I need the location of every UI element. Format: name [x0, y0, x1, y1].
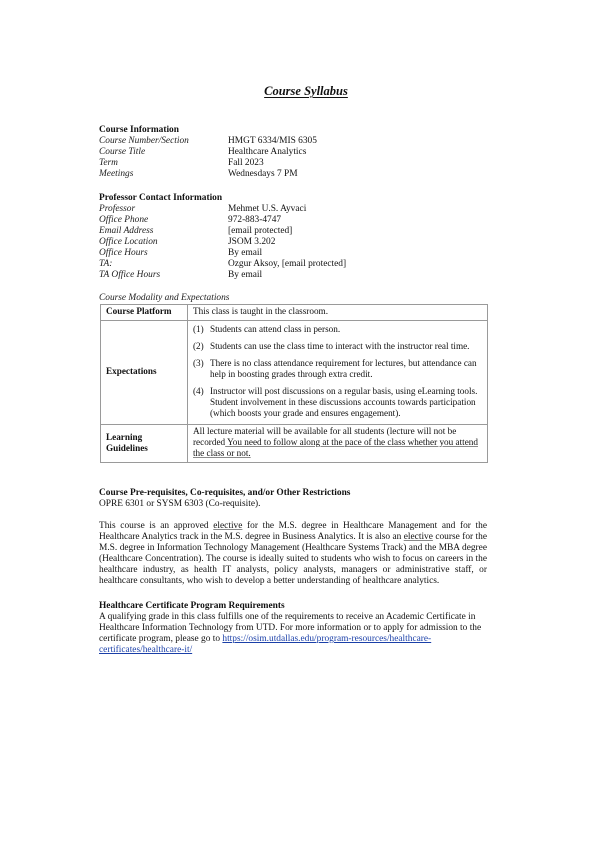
- course-information-section: Course Information Course Number/Section…: [99, 125, 499, 180]
- item-text: Instructor will post discussions on a re…: [210, 386, 482, 419]
- expectations-cell: (1) Students can attend class in person.…: [188, 321, 488, 425]
- field-label: TA Office Hours: [99, 270, 228, 281]
- prerequisites-section: Course Pre-requisites, Co-requisites, an…: [99, 488, 499, 510]
- elective-term: elective: [213, 521, 242, 531]
- field-label: Office Phone: [99, 215, 228, 226]
- platform-label: Course Platform: [101, 305, 188, 321]
- field-value: Wednesdays 7 PM: [228, 169, 499, 180]
- course-description: This course is an approved elective for …: [99, 521, 487, 587]
- field-label: Office Location: [99, 237, 228, 248]
- field-label: Office Hours: [99, 248, 228, 259]
- field-value: Ozgur Aksoy, [email protected]: [228, 259, 499, 270]
- professor-contact-heading: Professor Contact Information: [99, 193, 499, 204]
- modality-caption: Course Modality and Expectations: [99, 293, 499, 304]
- professor-row: Professor Mehmet U.S. Ayvaci: [99, 204, 499, 215]
- field-label: Term: [99, 158, 228, 169]
- office-phone-row: Office Phone 972-883-4747: [99, 215, 499, 226]
- email-row: Email Address [email protected]: [99, 226, 499, 237]
- item-number: (2): [193, 341, 210, 352]
- certificate-heading: Healthcare Certificate Program Requireme…: [99, 601, 491, 612]
- platform-value: This class is taught in the classroom.: [188, 305, 488, 321]
- expectations-label: Expectations: [101, 321, 188, 425]
- list-item: (1) Students can attend class in person.: [193, 324, 482, 335]
- modality-table: Course Platform This class is taught in …: [100, 304, 488, 463]
- syllabus-page: Course Syllabus Course Information Cours…: [0, 0, 612, 866]
- office-hours-row: Office Hours By email: [99, 248, 499, 259]
- item-text: Students can use the class time to inter…: [210, 341, 469, 352]
- field-value: HMGT 6334/MIS 6305: [228, 136, 499, 147]
- table-row: Learning Guidelines All lecture material…: [101, 425, 488, 463]
- prerequisites-heading: Course Pre-requisites, Co-requisites, an…: [99, 488, 499, 499]
- expectations-list: (1) Students can attend class in person.…: [193, 324, 482, 419]
- item-text: Students can attend class in person.: [210, 324, 340, 335]
- learning-guidelines-label: Learning Guidelines: [101, 425, 188, 463]
- list-item: (2) Students can use the class time to i…: [193, 341, 482, 352]
- field-value: Fall 2023: [228, 158, 499, 169]
- ta-office-hours-row: TA Office Hours By email: [99, 270, 499, 281]
- prerequisites-text: OPRE 6301 or SYSM 6303 (Co-requisite).: [99, 499, 499, 510]
- description-text: This course is an approved: [99, 521, 213, 531]
- course-title-row: Course Title Healthcare Analytics: [99, 147, 499, 158]
- office-location-row: Office Location JSOM 3.202: [99, 237, 499, 248]
- field-label: Professor: [99, 204, 228, 215]
- field-value: By email: [228, 270, 499, 281]
- field-value: [email protected]: [228, 226, 499, 237]
- item-text: There is no class attendance requirement…: [210, 358, 482, 380]
- field-value: JSOM 3.202: [228, 237, 499, 248]
- field-label: TA:: [99, 259, 228, 270]
- field-value: Mehmet U.S. Ayvaci: [228, 204, 499, 215]
- table-row: Expectations (1) Students can attend cla…: [101, 321, 488, 425]
- page-title: Course Syllabus: [0, 86, 612, 97]
- elective-term: elective: [404, 532, 433, 542]
- field-value: 972-883-4747: [228, 215, 499, 226]
- list-item: (4) Instructor will post discussions on …: [193, 386, 482, 419]
- item-number: (1): [193, 324, 210, 335]
- item-number: (3): [193, 358, 210, 380]
- table-row: Course Platform This class is taught in …: [101, 305, 488, 321]
- field-label: Email Address: [99, 226, 228, 237]
- field-value: Healthcare Analytics: [228, 147, 499, 158]
- term-row: Term Fall 2023: [99, 158, 499, 169]
- description-paragraph: This course is an approved elective for …: [99, 521, 487, 587]
- field-label: Course Title: [99, 147, 228, 158]
- field-label: Course Number/Section: [99, 136, 228, 147]
- course-information-heading: Course Information: [99, 125, 499, 136]
- certificate-section: Healthcare Certificate Program Requireme…: [99, 601, 491, 656]
- field-label: Meetings: [99, 169, 228, 180]
- meetings-row: Meetings Wednesdays 7 PM: [99, 169, 499, 180]
- learning-guidelines-cell: All lecture material will be available f…: [188, 425, 488, 463]
- guidelines-text-underlined: You need to follow along at the pace of …: [193, 437, 478, 458]
- professor-contact-section: Professor Contact Information Professor …: [99, 193, 499, 281]
- item-number: (4): [193, 386, 210, 419]
- field-value: By email: [228, 248, 499, 259]
- list-item: (3) There is no class attendance require…: [193, 358, 482, 380]
- ta-row: TA: Ozgur Aksoy, [email protected]: [99, 259, 499, 270]
- course-number-row: Course Number/Section HMGT 6334/MIS 6305: [99, 136, 499, 147]
- certificate-paragraph: A qualifying grade in this class fulfill…: [99, 612, 491, 656]
